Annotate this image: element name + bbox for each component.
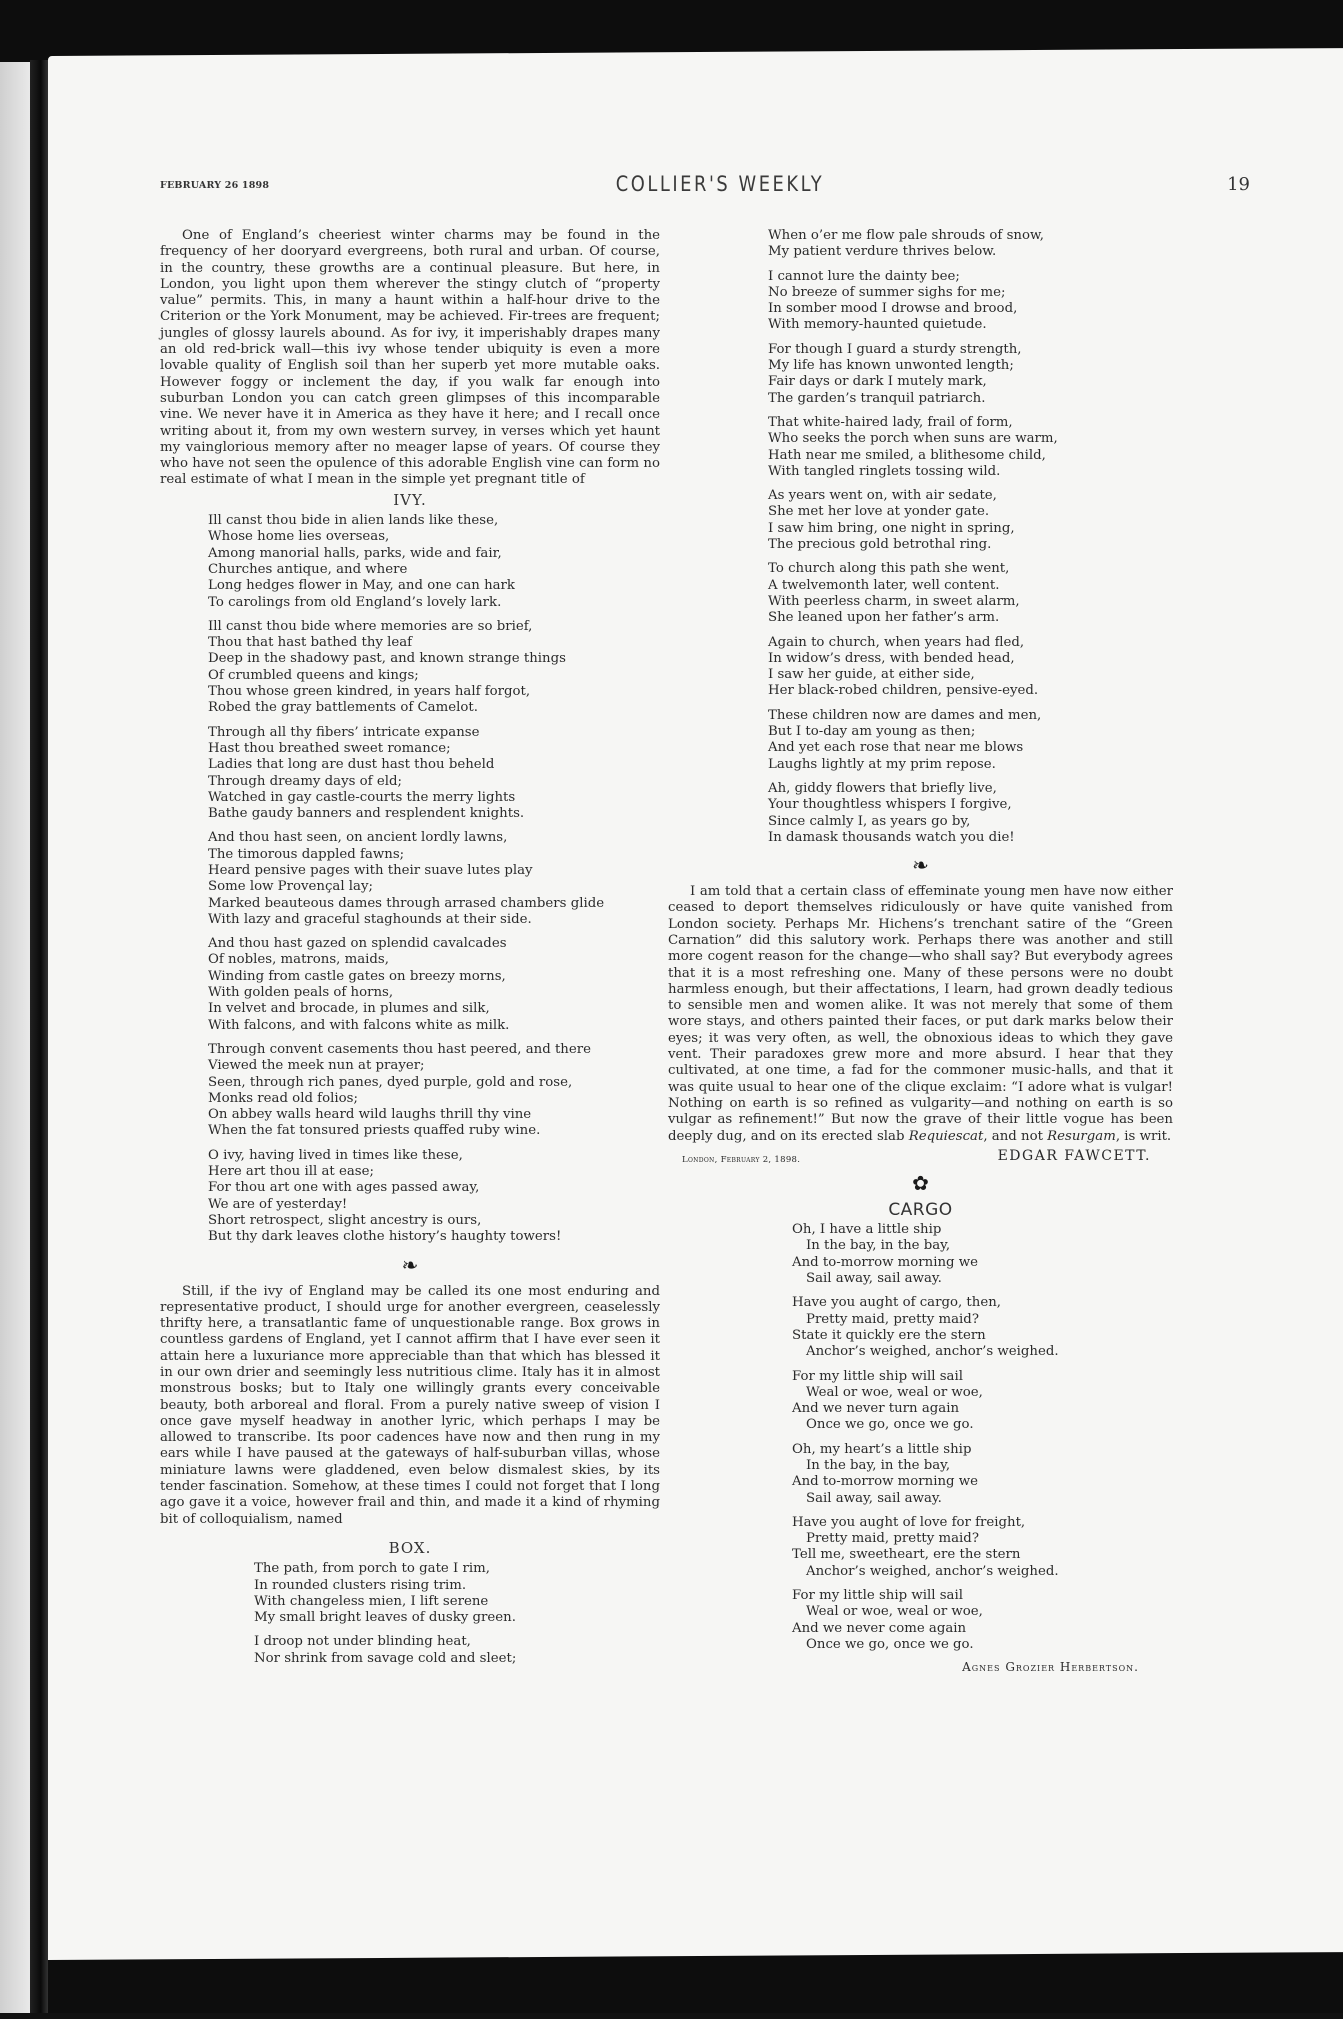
stanza: And thou hast seen, on ancient lordly la… <box>208 830 660 928</box>
poem-line: My patient verdure thrives below. <box>768 244 1173 260</box>
poem-line: For thou art one with ages passed away, <box>208 1180 660 1196</box>
poem-line: Who seeks the porch when suns are warm, <box>768 431 1173 447</box>
poem-line: Fair days or dark I mutely mark, <box>768 374 1173 390</box>
poem-line: For my little ship will sail <box>792 1369 1173 1385</box>
poem-line: In somber mood I drowse and brood, <box>768 301 1173 317</box>
poem-line: Through dreamy days of eld; <box>208 774 660 790</box>
stanza: That white-haired lady, frail of form,Wh… <box>768 415 1173 480</box>
poem-line: My life has known unwonted length; <box>768 358 1173 374</box>
poem-line: These children now are dames and men, <box>768 708 1173 724</box>
poem-line: Weal or woe, weal or woe, <box>792 1604 1173 1620</box>
left-column: One of England’s cheeriest winter charms… <box>160 228 660 1675</box>
poem-line: Through all thy fibers’ intricate expans… <box>208 725 660 741</box>
poem-line: Monks read old folios; <box>208 1091 660 1107</box>
poem-line: Anchor’s weighed, anchor’s weighed. <box>792 1344 1173 1360</box>
issue-date: FEBRUARY 26 1898 <box>160 180 269 191</box>
poem-line: With changeless mien, I lift serene <box>254 1594 660 1610</box>
poem-line: And thou hast gazed on splendid cavalcad… <box>208 936 660 952</box>
ivy-poem-title: IVY. <box>160 492 660 508</box>
cargo-author-signature: Agnes Grozier Herbertson. <box>668 1659 1173 1675</box>
poem-line: To church along this path she went, <box>768 561 1173 577</box>
stanza: Again to church, when years had fled,In … <box>768 635 1173 700</box>
poem-line: Whose home lies overseas, <box>208 529 660 545</box>
intro-paragraph: One of England’s cheeriest winter charms… <box>160 228 660 489</box>
stanza: Have you aught of love for freight,Prett… <box>792 1515 1173 1580</box>
poem-line: Thou whose green kindred, in years half … <box>208 684 660 700</box>
stanza: These children now are dames and men,But… <box>768 708 1173 773</box>
poem-line: Oh, my heart’s a little ship <box>792 1442 1173 1458</box>
poem-line: With peerless charm, in sweet alarm, <box>768 594 1173 610</box>
book-gutter <box>30 60 48 2019</box>
poem-line: The path, from porch to gate I rim, <box>254 1561 660 1577</box>
poem-line: Viewed the meek nun at prayer; <box>208 1058 660 1074</box>
poem-line: When the fat tonsured priests quaffed ru… <box>208 1123 660 1139</box>
poem-line: For though I guard a sturdy strength, <box>768 342 1173 358</box>
poem-line: As years went on, with air sedate, <box>768 488 1173 504</box>
poem-line: The garden’s tranquil patriarch. <box>768 391 1173 407</box>
scan-edge <box>0 2013 1343 2019</box>
stanza: I cannot lure the dainty bee;No breeze o… <box>768 269 1173 334</box>
poem-line: Tell me, sweetheart, ere the stern <box>792 1547 1173 1563</box>
poem-line: That white-haired lady, frail of form, <box>768 415 1173 431</box>
poem-line: In the bay, in the bay, <box>792 1458 1173 1474</box>
poem-line: Oh, I have a little ship <box>792 1222 1173 1238</box>
poem-line: Watched in gay castle-courts the merry l… <box>208 790 660 806</box>
poem-line: Heard pensive pages with their suave lut… <box>208 863 660 879</box>
poem-line: With lazy and graceful staghounds at the… <box>208 912 660 928</box>
poem-line: We are of yesterday! <box>208 1197 660 1213</box>
poem-line: In the bay, in the bay, <box>792 1238 1173 1254</box>
ivy-leaf-ornament-icon: ❧ <box>668 854 1173 876</box>
poem-line: She leaned upon her father’s arm. <box>768 610 1173 626</box>
poem-line: Of nobles, matrons, maids, <box>208 952 660 968</box>
poem-line: Through convent casements thou hast peer… <box>208 1042 660 1058</box>
stanza: Have you aught of cargo, then,Pretty mai… <box>792 1295 1173 1360</box>
poem-line: Here art thou ill at ease; <box>208 1164 660 1180</box>
stanza: Through convent casements thou hast peer… <box>208 1042 660 1140</box>
poem-line: Weal or woe, weal or woe, <box>792 1385 1173 1401</box>
running-header: FEBRUARY 26 1898 COLLIER'S WEEKLY 19 <box>160 176 1250 206</box>
stanza: Ill canst thou bide where memories are s… <box>208 619 660 717</box>
poem-line: Hast thou breathed sweet romance; <box>208 741 660 757</box>
poem-line: Ill canst thou bide in alien lands like … <box>208 513 660 529</box>
box-poem: The path, from porch to gate I rim,In ro… <box>254 1561 660 1667</box>
poem-line: Sail away, sail away. <box>792 1271 1173 1287</box>
box-poem-continued: When o’er me flow pale shrouds of snow,M… <box>768 228 1173 846</box>
stanza: As years went on, with air sedate,She me… <box>768 488 1173 553</box>
poem-line: Robed the gray battlements of Camelot. <box>208 700 660 716</box>
poem-line: I saw him bring, one night in spring, <box>768 521 1173 537</box>
stanza: Ill canst thou bide in alien lands like … <box>208 513 660 611</box>
poem-line: Thou that hast bathed thy leaf <box>208 635 660 651</box>
poem-line: Nor shrink from savage cold and sleet; <box>254 1651 660 1667</box>
stanza: For though I guard a sturdy strength,My … <box>768 342 1173 407</box>
author-signature: EDGAR FAWCETT. <box>998 1148 1151 1164</box>
stanza: Oh, I have a little shipIn the bay, in t… <box>792 1222 1173 1287</box>
poem-line: With memory-haunted quietude. <box>768 317 1173 333</box>
poem-line: And thou hast seen, on ancient lordly la… <box>208 830 660 846</box>
ivy-poem: Ill canst thou bide in alien lands like … <box>208 513 660 1245</box>
poem-line: Pretty maid, pretty maid? <box>792 1312 1173 1328</box>
poem-line: I saw her guide, at either side, <box>768 667 1173 683</box>
poem-line: Anchor’s weighed, anchor’s weighed. <box>792 1564 1173 1580</box>
poem-line: Some low Provençal lay; <box>208 879 660 895</box>
poem-line: Hath near me smiled, a blithesome child, <box>768 448 1173 464</box>
poem-line: On abbey walls heard wild laughs thrill … <box>208 1107 660 1123</box>
signature-row: London, February 2, 1898. EDGAR FAWCETT. <box>668 1148 1173 1168</box>
poem-line: With falcons, and with falcons white as … <box>208 1018 660 1034</box>
stanza: O ivy, having lived in times like these,… <box>208 1148 660 1246</box>
poem-line: To carolings from old England’s lovely l… <box>208 595 660 611</box>
stanza: I droop not under blinding heat,Nor shri… <box>254 1634 660 1667</box>
poem-line: But thy dark leaves clothe history’s hau… <box>208 1229 660 1245</box>
poem-line: Her black-robed children, pensive-eyed. <box>768 683 1173 699</box>
poem-line: In rounded clusters rising trim. <box>254 1578 660 1594</box>
poem-line: My small bright leaves of dusky green. <box>254 1610 660 1626</box>
poem-line: O ivy, having lived in times like these, <box>208 1148 660 1164</box>
poem-line: Deep in the shadowy past, and known stra… <box>208 651 660 667</box>
poem-line: With tangled ringlets tossing wild. <box>768 464 1173 480</box>
poem-line: When o’er me flow pale shrouds of snow, <box>768 228 1173 244</box>
poem-line: And we never come again <box>792 1621 1173 1637</box>
poem-line: Bathe gaudy banners and resplendent knig… <box>208 806 660 822</box>
poem-line: Sail away, sail away. <box>792 1491 1173 1507</box>
poem-line: The precious gold betrothal ring. <box>768 537 1173 553</box>
poem-line: Among manorial halls, parks, wide and fa… <box>208 546 660 562</box>
poem-line: Ill canst thou bide where memories are s… <box>208 619 660 635</box>
poem-line: In velvet and brocade, in plumes and sil… <box>208 1001 660 1017</box>
poem-line: Have you aught of love for freight, <box>792 1515 1173 1531</box>
poem-line: Winding from castle gates on breezy morn… <box>208 969 660 985</box>
poem-line: A twelvemonth later, well content. <box>768 578 1173 594</box>
stanza: To church along this path she went,A twe… <box>768 561 1173 626</box>
flower-ornament-icon: ✿ <box>668 1172 1173 1194</box>
poem-line: Ladies that long are dust hast thou behe… <box>208 757 660 773</box>
box-poem-title: BOX. <box>160 1540 660 1556</box>
poem-line: In damask thousands watch you die! <box>768 830 1173 846</box>
poem-line: Again to church, when years had fled, <box>768 635 1173 651</box>
poem-line: Laughs lightly at my prim repose. <box>768 757 1173 773</box>
poem-line: For my little ship will sail <box>792 1588 1173 1604</box>
poem-line: In widow’s dress, with bended head, <box>768 651 1173 667</box>
poem-line: I droop not under blinding heat, <box>254 1634 660 1650</box>
poem-line: Long hedges flower in May, and one can h… <box>208 578 660 594</box>
poem-line: State it quickly ere the stern <box>792 1328 1173 1344</box>
stanza: Ah, giddy flowers that briefly live,Your… <box>768 781 1173 846</box>
poem-line: And we never turn again <box>792 1401 1173 1417</box>
facing-page-edge <box>0 62 30 2019</box>
poem-line: Ah, giddy flowers that briefly live, <box>768 781 1173 797</box>
poem-line: Seen, through rich panes, dyed purple, g… <box>208 1075 660 1091</box>
stanza: When o’er me flow pale shrouds of snow,M… <box>768 228 1173 261</box>
poem-line: Marked beauteous dames through arrased c… <box>208 896 660 912</box>
stanza: The path, from porch to gate I rim,In ro… <box>254 1561 660 1626</box>
poem-line: Short retrospect, slight ancestry is our… <box>208 1213 660 1229</box>
poem-line: Churches antique, and where <box>208 562 660 578</box>
stanza: And thou hast gazed on splendid cavalcad… <box>208 936 660 1034</box>
cargo-poem-title: CARGO <box>668 1202 1173 1218</box>
poem-line: Have you aught of cargo, then, <box>792 1295 1173 1311</box>
stanza: Through all thy fibers’ intricate expans… <box>208 725 660 823</box>
cargo-poem: Oh, I have a little shipIn the bay, in t… <box>792 1222 1173 1653</box>
stanza: Oh, my heart’s a little shipIn the bay, … <box>792 1442 1173 1507</box>
stanza: For my little ship will sailWeal or woe,… <box>792 1588 1173 1653</box>
box-intro-paragraph: Still, if the ivy of England may be call… <box>160 1284 660 1528</box>
ivy-leaf-ornament-icon: ❧ <box>160 1254 660 1276</box>
stanza: For my little ship will sailWeal or woe,… <box>792 1369 1173 1434</box>
poem-line: Once we go, once we go. <box>792 1637 1173 1653</box>
poem-line: Since calmly I, as years go by, <box>768 814 1173 830</box>
poem-line: Once we go, once we go. <box>792 1417 1173 1433</box>
masthead: COLLIER'S WEEKLY <box>550 172 890 196</box>
poem-line: With golden peals of horns, <box>208 985 660 1001</box>
dateline: London, February 2, 1898. <box>682 1152 800 1168</box>
poem-line: The timorous dappled fawns; <box>208 847 660 863</box>
effeminate-paragraph: I am told that a certain class of effemi… <box>668 884 1173 1145</box>
poem-line: Pretty maid, pretty maid? <box>792 1531 1173 1547</box>
poem-line: And yet each rose that near me blows <box>768 740 1173 756</box>
page-number: 19 <box>1227 174 1250 195</box>
poem-line: And to-morrow morning we <box>792 1255 1173 1271</box>
poem-line: And to-morrow morning we <box>792 1474 1173 1490</box>
poem-line: But I to-day am young as then; <box>768 724 1173 740</box>
poem-line: Your thoughtless whispers I forgive, <box>768 797 1173 813</box>
poem-line: Of crumbled queens and kings; <box>208 668 660 684</box>
poem-line: I cannot lure the dainty bee; <box>768 269 1173 285</box>
poem-line: No breeze of summer sighs for me; <box>768 285 1173 301</box>
poem-line: She met her love at yonder gate. <box>768 504 1173 520</box>
right-column: When o’er me flow pale shrouds of snow,M… <box>668 228 1173 1676</box>
